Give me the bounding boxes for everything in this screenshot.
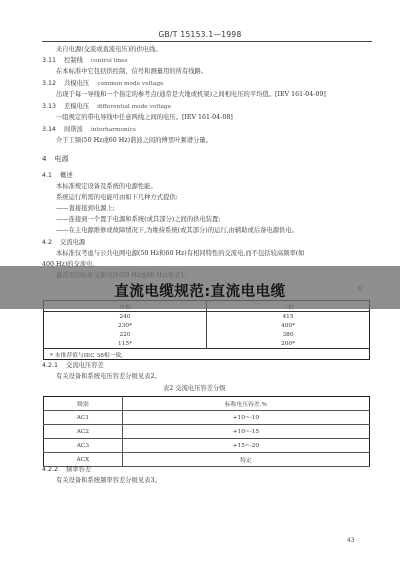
section-4-1-line: 本标准规定设备及系统的电源性能。 (56, 183, 157, 191)
section-title-en: interharmonics (91, 127, 136, 133)
section-3-13-heading: 3.13差模电压differential mode voltage (42, 103, 171, 111)
section-4-1-line: ——连接到一个置于电源和系统(或其部分)之间的供电装置; (56, 216, 220, 224)
section-title-en: differential mode voltage (97, 104, 171, 110)
table-cell: 240 (44, 312, 207, 322)
section-number: 3.13 (42, 103, 56, 111)
section-4-heading: 4电源 (42, 155, 68, 163)
section-title: 差模电压 (64, 103, 89, 110)
standard-code-header: GB/T 15153.1—1998 (0, 30, 400, 39)
table2-caption: 表2 交流电压容差分级 (163, 385, 226, 393)
section-3-12-body: 出现于每一导线和一个指定的参考点(通常是大地或机架)之间相电压的平均值。[IEV… (56, 91, 326, 99)
column-header: 标称电压容差,% (122, 397, 369, 411)
table-cell: 380 (207, 330, 370, 339)
table-cell: 115* (44, 339, 207, 349)
section-4-2-1-heading: 4.2.1交流电压容差 (42, 362, 104, 370)
table-row: ACX 特定 (44, 453, 370, 467)
table-cell: 230* (44, 321, 207, 330)
table-1-nominal-voltages: 单相 三相 240 415 230* 400* 220 380 115* 200… (43, 300, 370, 360)
section-title: 交流电压容差 (66, 362, 104, 369)
table-cell: 特定 (122, 453, 369, 467)
section-title: 间谐波 (64, 126, 83, 133)
table-row: 240 415 (44, 312, 370, 322)
table-cell: ACX (44, 453, 123, 467)
section-title: 控制线 (64, 57, 83, 64)
section-title-en: control lines (91, 58, 128, 64)
table-cell: AC3 (44, 439, 123, 453)
table-cell: +10~-15 (122, 425, 369, 439)
section-title: 电源 (54, 155, 68, 163)
table-cell: +10~-10 (122, 411, 369, 425)
section-4-2-2-body: 有关设备和系统频率容差分级见表3。 (56, 477, 161, 485)
section-title: 共模电压 (64, 80, 89, 87)
section-number: 4.2.2 (42, 466, 58, 474)
section-3-12-heading: 3.12共模电压common mode voltage (42, 80, 164, 88)
table-header-row: 级别 标称电压容差,% (44, 397, 370, 411)
section-3-13-body: 一组规定的带电导线中任意两线之间的电压。[IEV 161-04-08] (56, 114, 233, 122)
table-row: 230* 400* (44, 321, 370, 330)
section-number: 4.1 (42, 172, 52, 180)
section-3-14-heading: 3.14间谐波interharmonics (42, 126, 136, 134)
table-row: AC3 +15~-20 (44, 439, 370, 453)
header-rule (42, 41, 372, 42)
table-2-voltage-tolerance: 级别 标称电压容差,% AC1 +10~-10 AC2 +10~-15 AC3 … (43, 396, 370, 467)
column-header: 级别 (44, 397, 123, 411)
section-number: 3.14 (42, 126, 56, 134)
table-note: * 本推荐值与IEC 38相一致。 (44, 349, 370, 360)
section-4-2-2-heading: 4.2.2频率容差 (42, 466, 91, 474)
table-cell: 220 (44, 330, 207, 339)
section-number: 4.2.1 (42, 362, 58, 370)
section-4-2-line: 本标准仅考虑与公共电网电源(50 Hz和60 Hz)有相同特性的交流电,而不包括… (56, 250, 305, 258)
section-number: 3.12 (42, 80, 56, 88)
table-cell: 400* (207, 321, 370, 330)
table-row: 220 380 (44, 330, 370, 339)
table-cell: AC2 (44, 425, 123, 439)
table-cell: 200* (207, 339, 370, 349)
section-title: 频率容差 (66, 466, 91, 473)
table-note-row: * 本推荐值与IEC 38相一致。 (44, 349, 370, 360)
section-number: 4 (42, 155, 46, 163)
table-row: AC1 +10~-10 (44, 411, 370, 425)
section-4-1-heading: 4.1概述 (42, 172, 73, 180)
table-cell: AC1 (44, 411, 123, 425)
section-4-1-line: ——在主电源维修或故障情况下,为维持系统(或其部分)的运行,由辅助或后备电源供电… (56, 227, 298, 235)
section-4-1-line: ——直接接到电源上; (56, 205, 115, 213)
section-3-11-heading: 3.11控制线control lines (42, 57, 128, 65)
section-4-1-line: 系统运行所需的电能可由如下几种方式提供: (56, 194, 178, 202)
section-4-2-1-body: 有关设备和系统电压容差分级见表2。 (56, 373, 161, 381)
table-row: AC2 +10~-15 (44, 425, 370, 439)
section-number: 3.11 (42, 57, 56, 65)
intro-line: 来自电源(交流或直流电压)的供电线。 (56, 46, 162, 54)
section-title: 概述 (60, 172, 73, 179)
section-number: 4.2 (42, 239, 52, 247)
section-title: 交流电源 (60, 239, 85, 246)
banner-title: 直流电缆规范:直流电电缆 (0, 280, 400, 301)
section-3-11-body: 在本标准中它包括供控制、信号和测量用的所有线路。 (56, 68, 207, 76)
page-number: 43 (347, 537, 355, 544)
table-row: 115* 200* (44, 339, 370, 349)
table-cell: 415 (207, 312, 370, 322)
section-title-en: common mode voltage (97, 81, 163, 87)
section-3-14-body: 介于工频(50 Hz或60 Hz)谐波之间的傅里叶频谱分量。 (56, 137, 212, 145)
table-cell: +15~-20 (122, 439, 369, 453)
section-4-2-heading: 4.2交流电源 (42, 239, 85, 247)
